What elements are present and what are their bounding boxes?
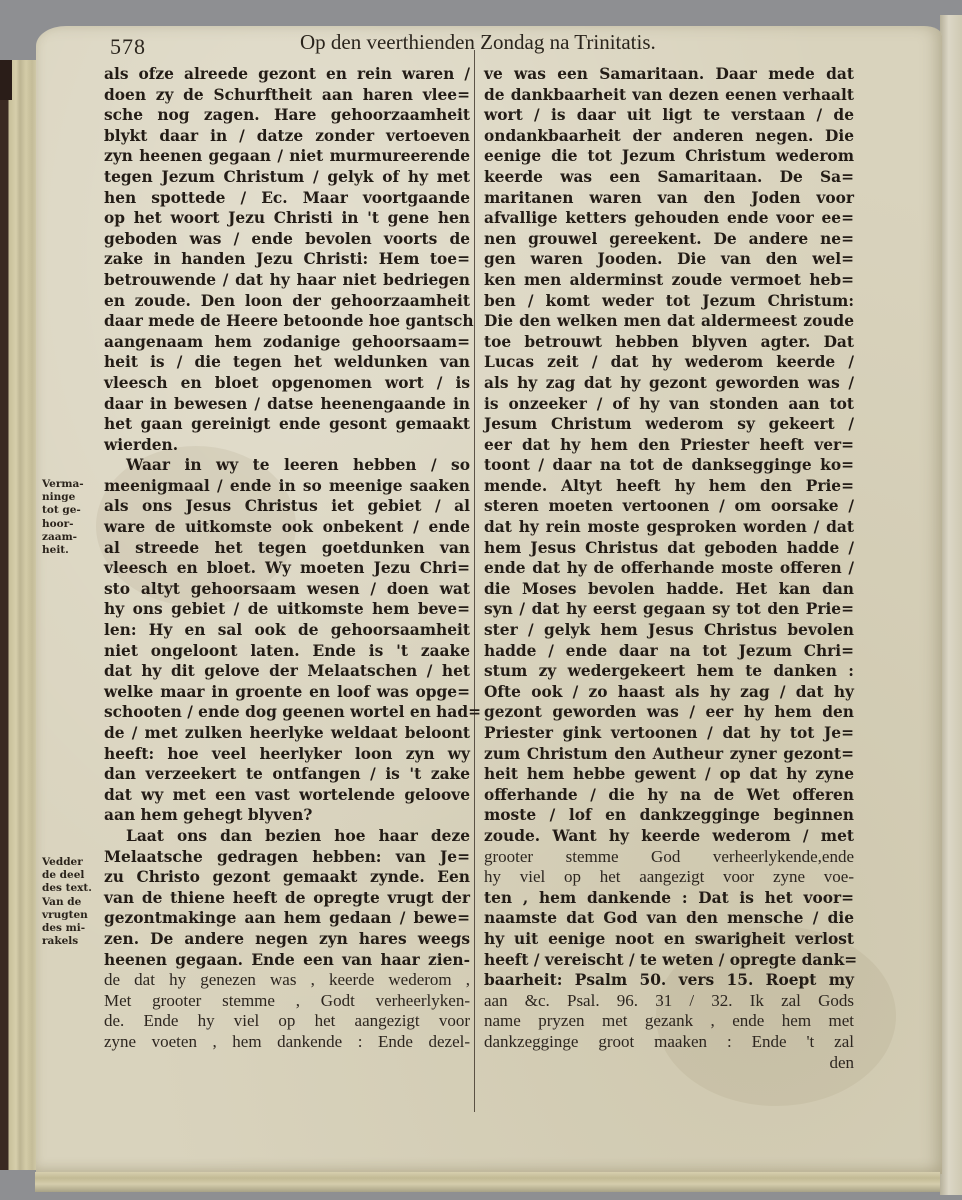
- text-line: die Moses bevolen hadde. Het kan dan: [484, 579, 854, 600]
- text-line: zake in handen Jezu Christi: Hem toe=: [104, 249, 470, 270]
- text-line: als ofze alreede gezont en rein waren /: [104, 64, 470, 85]
- text-line: hy ons gebiet / de uitkomste hem beve=: [104, 599, 470, 620]
- running-title: Op den veerthienden Zondag na Trinitatis…: [300, 30, 656, 55]
- text-line: het gaan gereinigt ende gesont gemaakt: [104, 414, 470, 435]
- text-line: daar in bewesen / datse heenengaande in: [104, 394, 470, 415]
- text-line: Waar in wy te leeren hebben / so: [104, 455, 470, 476]
- text-line: de / met zulken heerlyke weldaat beloont: [104, 723, 470, 744]
- text-line: Priester gink vertoonen / dat hy tot Je=: [484, 723, 854, 744]
- text-line: Jesum Christum wederom sy gekeert /: [484, 414, 854, 435]
- text-line: syn / dat hy eerst gegaan sy tot den Pri…: [484, 599, 854, 620]
- text-line: als hy zag dat hy gezont geworden was /: [484, 373, 854, 394]
- text-line: op het woort Jezu Christi in 't gene hen: [104, 208, 470, 229]
- text-line: hy uit eenige noot en swarigheit verlost: [484, 929, 854, 950]
- text-line: afvallige ketters gehouden ende voor ee=: [484, 208, 854, 229]
- text-line: eer dat hy hem den Priester heeft ver=: [484, 435, 854, 456]
- text-line: welke maar in groente en loof was opge=: [104, 682, 470, 703]
- text-line: tegen Jezum Christum / gelyk of hy met: [104, 167, 470, 188]
- text-line: len: Hy en sal ook de gehoorsaamheit: [104, 620, 470, 641]
- catchword: den: [484, 1053, 854, 1074]
- text-line: baarheit: Psalm 50. vers 15. Roept my: [484, 970, 854, 991]
- text-line: nen grouwel gereekent. De andere ne=: [484, 229, 854, 250]
- text-line: de. Ende hy viel op het aangezigt voor: [104, 1011, 470, 1032]
- book-edge-bottom: [35, 1172, 940, 1192]
- running-head: 578 Op den veerthienden Zondag na Trinit…: [100, 30, 870, 60]
- text-line: heit hem hebbe gewent / op dat hy zyne: [484, 764, 854, 785]
- text-line: ware de uitkomste ook onbekent / ende: [104, 517, 470, 538]
- text-line: naamste dat God van den mensche / die: [484, 908, 854, 929]
- text-line: ondankbaarheit der anderen negen. Die: [484, 126, 854, 147]
- text-line: hem Jesus Christus dat geboden hadde /: [484, 538, 854, 559]
- text-line: blykt daar in / datze zonder vertoeven: [104, 126, 470, 147]
- text-line: aangenaam hem zodanige gehoorsaam=: [104, 332, 470, 353]
- text-line: toe betrouwt hebben blyven agter. Dat: [484, 332, 854, 353]
- page-number: 578: [110, 34, 146, 60]
- text-line: wierden.: [104, 435, 470, 456]
- text-line: hy viel op het aangezigt voor zyne voe-: [484, 867, 854, 888]
- margin-note-line: tot ge-: [42, 504, 100, 517]
- text-line: is onzeeker / of hy van stonden aan tot: [484, 394, 854, 415]
- margin-note-line: hoor-: [42, 518, 100, 531]
- text-line: dat hy dit gelove der Melaatschen / het: [104, 661, 470, 682]
- text-line: zyn heenen gegaan / niet murmureerende: [104, 146, 470, 167]
- margin-note-line: des mi-: [42, 922, 100, 935]
- text-line: Die den welken men dat aldermeest zoude: [484, 311, 854, 332]
- text-line: dat wy met een vast wortelende geloove: [104, 785, 470, 806]
- text-line: heenen gegaan. Ende een van haar zien-: [104, 950, 470, 971]
- facing-page-edge: [940, 15, 962, 1195]
- text-line: aan &c. Psal. 96. 31 / 32. Ik zal Gods: [484, 991, 854, 1012]
- text-line: en zoude. Den loon der gehoorzaamheit: [104, 291, 470, 312]
- book-fore-edge-left: [0, 60, 40, 1170]
- text-line: niet ongeloont laten. Ende is 't zaake: [104, 641, 470, 662]
- right-column-text: ve was een Samaritaan. Daar mede datde d…: [484, 64, 854, 1073]
- text-line: al streede het tegen goetdunken van: [104, 538, 470, 559]
- text-line: daar mede de Heere betoonde hoe gantsch: [104, 311, 470, 332]
- text-line: van de thiene heeft de opregte vrugt der: [104, 888, 470, 909]
- text-line: eenige die tot Jezum Christum wederom: [484, 146, 854, 167]
- text-line: toont / daar na tot de danksegginge ko=: [484, 455, 854, 476]
- text-line: vleesch en bloet. Wy moeten Jezu Chri=: [104, 558, 470, 579]
- margin-note-line: de deel: [42, 869, 100, 882]
- text-line: maritanen waren van den Joden voor: [484, 188, 854, 209]
- text-line: gen waren Jooden. Die van den wel=: [484, 249, 854, 270]
- left-column-text: als ofze alreede gezont en rein waren /d…: [104, 64, 470, 1053]
- text-line: steren moeten vertoonen / om oorsake /: [484, 496, 854, 517]
- margin-note-line: rakels: [42, 935, 100, 948]
- text-line: als ons Jesus Christus iet gebiet / al: [104, 496, 470, 517]
- margin-note-line: Van de: [42, 896, 100, 909]
- margin-note-exhortation: Verma-ningetot ge-hoor-zaam-heit.: [42, 478, 100, 557]
- text-line: ben / komt weder tot Jezum Christum:: [484, 291, 854, 312]
- text-line: sche nog zagen. Hare gehoorzaamheit: [104, 105, 470, 126]
- text-line: Met grooter stemme , Godt verheerlyken-: [104, 991, 470, 1012]
- text-line: grooter stemme God verheerlykende,ende: [484, 847, 854, 868]
- text-line: heeft: hoe veel heerlyker loon zyn wy: [104, 744, 470, 765]
- text-line: hadde / ende daar na tot Jezum Chri=: [484, 641, 854, 662]
- text-line: zum Christum den Autheur zyner gezont=: [484, 744, 854, 765]
- text-line: name pryzen met gezank , ende hem met: [484, 1011, 854, 1032]
- text-line: zen. De andere negen zyn hares weegs: [104, 929, 470, 950]
- margin-note-further-part: Vedderde deeldes text.Van devrugtendes m…: [42, 856, 100, 948]
- text-line: dankzegginge groot maaken : Ende 't zal: [484, 1032, 854, 1053]
- text-line: zoude. Want hy keerde wederom / met: [484, 826, 854, 847]
- text-line: zyne voeten , hem dankende : Ende dezel-: [104, 1032, 470, 1053]
- text-line: sto altyt gehoorsaam wesen / doen wat: [104, 579, 470, 600]
- text-line: offerhande / die hy na de Wet offeren: [484, 785, 854, 806]
- text-line: Melaatsche gedragen hebben: van Je=: [104, 847, 470, 868]
- text-line: ve was een Samaritaan. Daar mede dat: [484, 64, 854, 85]
- text-line: Lucas zeit / dat hy wederom keerde /: [484, 352, 854, 373]
- margin-note-line: des text.: [42, 882, 100, 895]
- text-line: wort / is daar uit ligt te verstaan / de: [484, 105, 854, 126]
- text-line: ster / gelyk hem Jesus Christus bevolen: [484, 620, 854, 641]
- text-line: mende. Altyt heeft hy hem den Prie=: [484, 476, 854, 497]
- margin-note-line: heit.: [42, 544, 100, 557]
- column-divider: [474, 50, 475, 1112]
- text-line: dat hy rein moste gesproken worden / dat: [484, 517, 854, 538]
- text-line: ende dat hy de offerhande moste offeren …: [484, 558, 854, 579]
- text-line: Laat ons dan bezien hoe haar deze: [104, 826, 470, 847]
- text-line: meenigmaal / ende in so meenige saaken: [104, 476, 470, 497]
- margin-note-line: zaam-: [42, 531, 100, 544]
- margin-note-line: Vedder: [42, 856, 100, 869]
- text-line: ten , hem dankende : Dat is het voor=: [484, 888, 854, 909]
- text-line: gezontmakinge aan hem gedaan / bewe=: [104, 908, 470, 929]
- text-line: heit is / die tegen het weldunken van: [104, 352, 470, 373]
- text-line: dan verzeekert te ontfangen / is 't zake: [104, 764, 470, 785]
- text-line: Ofte ook / zo haast als hy zag / dat hy: [484, 682, 854, 703]
- margin-note-line: vrugten: [42, 909, 100, 922]
- text-line: de dat hy genezen was , keerde wederom ,: [104, 970, 470, 991]
- text-line: zu Christo gezont gemaakt zynde. Een: [104, 867, 470, 888]
- text-line: ken men alderminst zoude vermoet heb=: [484, 270, 854, 291]
- text-line: de dankbaarheit van dezen eenen verhaalt: [484, 85, 854, 106]
- text-line: moste / lof en dankzegginge beginnen: [484, 805, 854, 826]
- text-line: gezont geworden was / eer hy hem den: [484, 702, 854, 723]
- text-line: stum zy wedergekeert hem te danken :: [484, 661, 854, 682]
- text-line: keerde was een Samaritaan. De Sa=: [484, 167, 854, 188]
- text-line: hen spottede / Ec. Maar voortgaande: [104, 188, 470, 209]
- margin-note-line: Verma-: [42, 478, 100, 491]
- text-line: schooten / ende dog geenen wortel en had…: [104, 702, 470, 723]
- text-line: aan hem gehegt blyven?: [104, 805, 470, 826]
- text-line: geboden was / ende bevolen voorts de: [104, 229, 470, 250]
- text-line: vleesch en bloet opgenomen wort / is: [104, 373, 470, 394]
- text-line: heeft / vereischt / te weten / opregte d…: [484, 950, 854, 971]
- margin-note-line: ninge: [42, 491, 100, 504]
- text-line: doen zy de Schurftheit aan haren vlee=: [104, 85, 470, 106]
- text-line: betrouwende / dat hy haar niet bedriegen: [104, 270, 470, 291]
